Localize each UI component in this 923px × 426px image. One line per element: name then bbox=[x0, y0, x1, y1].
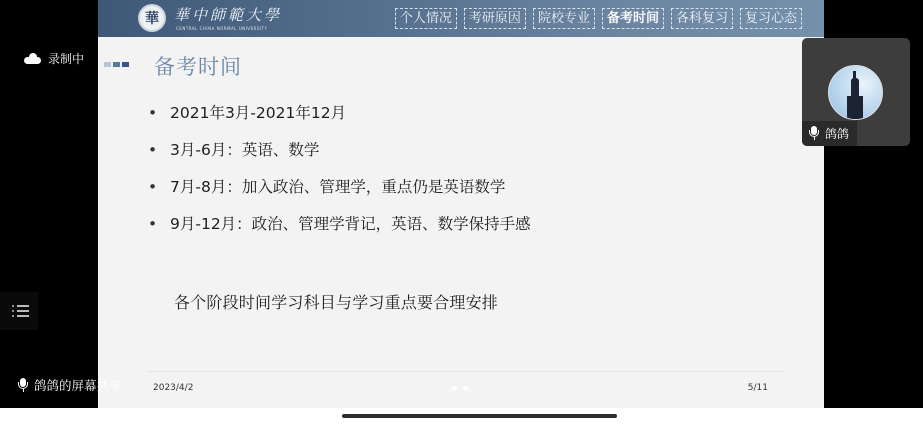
list-icon bbox=[12, 305, 38, 307]
bullet-item: 2021年3月-2021年12月 bbox=[148, 102, 531, 139]
cloud-icon bbox=[24, 54, 41, 64]
nav-tab-personal[interactable]: 个人情况 bbox=[395, 8, 457, 29]
recording-label: 录制中 bbox=[48, 50, 84, 67]
title-decoration-icon bbox=[104, 62, 129, 67]
microphone-icon bbox=[18, 378, 28, 393]
university-name: 華中師範大學 bbox=[174, 4, 282, 25]
recording-indicator[interactable]: 录制中 bbox=[24, 50, 84, 67]
screen-share-label: 鸽鸽的屏幕共享 bbox=[0, 372, 122, 398]
bullet-item: 7月-8月：加入政治、管理学，重点仍是英语数学 bbox=[148, 176, 531, 213]
nav-tab-school[interactable]: 院校专业 bbox=[533, 8, 595, 29]
slide-note: 各个阶段时间学习科目与学习重点要合理安排 bbox=[174, 290, 498, 313]
participant-name: 鸽鸽 bbox=[825, 125, 849, 142]
slide-title: 备考时间 bbox=[154, 51, 242, 81]
list-menu-button[interactable] bbox=[0, 292, 38, 330]
nav-tab-schedule[interactable]: 备考时间 bbox=[602, 8, 664, 29]
nav-tab-mindset[interactable]: 复习心态 bbox=[740, 8, 802, 29]
screen-share-text: 鸽鸽的屏幕共享 bbox=[34, 376, 122, 394]
participant-tile[interactable]: 鸽鸽 bbox=[802, 38, 910, 146]
avatar bbox=[828, 65, 883, 120]
bullet-item: 3月-6月：英语、数学 bbox=[148, 139, 531, 176]
nav-tab-subjects[interactable]: 各科复习 bbox=[671, 8, 733, 29]
bullet-list: 2021年3月-2021年12月 3月-6月：英语、数学 7月-8月：加入政治、… bbox=[148, 102, 531, 250]
footer-page-number: 5/11 bbox=[748, 383, 768, 393]
footer-date: 2023/4/2 bbox=[153, 383, 193, 393]
footer-divider bbox=[148, 371, 784, 372]
nav-tab-reason[interactable]: 考研原因 bbox=[464, 8, 526, 29]
slide-banner: 華 華中師範大學 CENTRAL CHINA NORMAL UNIVERSITY… bbox=[98, 0, 824, 37]
footer-dots-icon bbox=[452, 386, 468, 391]
home-indicator[interactable] bbox=[342, 414, 617, 418]
university-emblem-icon: 華 bbox=[138, 4, 166, 32]
slide-nav: 个人情况 考研原因 院校专业 备考时间 各科复习 复习心态 bbox=[395, 8, 802, 29]
university-subtitle: CENTRAL CHINA NORMAL UNIVERSITY bbox=[176, 26, 267, 31]
shared-slide: 華 華中師範大學 CENTRAL CHINA NORMAL UNIVERSITY… bbox=[98, 0, 824, 408]
microphone-icon bbox=[809, 126, 819, 141]
bullet-item: 9月-12月：政治、管理学背记，英语、数学保持手感 bbox=[148, 213, 531, 250]
participant-name-tag: 鸽鸽 bbox=[802, 121, 857, 146]
